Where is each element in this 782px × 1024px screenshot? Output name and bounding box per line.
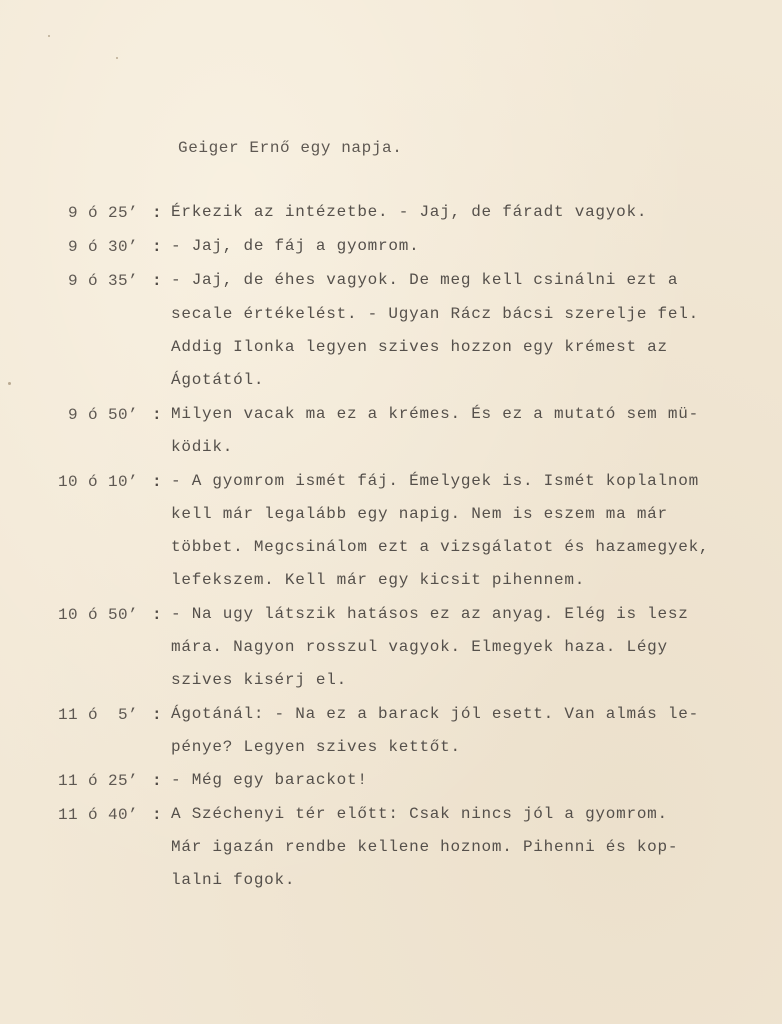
entry-text-line: - Még egy barackot! <box>171 771 368 789</box>
entry-text-line: szives kisérj el. <box>171 671 347 689</box>
paper-speck <box>116 57 118 59</box>
entry-text-line: ködik. <box>171 438 233 456</box>
entry-text-line: - Na ugy látszik hatásos ez az anyag. El… <box>171 605 689 623</box>
entry-text-line: Ágotánál: - Na ez a barack jól esett. Va… <box>171 705 699 723</box>
entry-time: 11 ó 5’ <box>0 706 138 724</box>
entry-text-line: Érkezik az intézetbe. - Jaj, de fáradt v… <box>171 203 647 221</box>
entry-text-line: lalni fogok. <box>171 871 295 889</box>
entry-time: 11 ó 40’ <box>0 806 138 824</box>
entry-separator: : <box>152 806 162 824</box>
entry-text-line: kell már legalább egy napig. Nem is esze… <box>171 505 668 523</box>
paper-speck <box>8 382 11 385</box>
entry-separator: : <box>152 473 162 491</box>
entry-time: 9 ó 25’ <box>0 204 138 222</box>
entry-text-line: többet. Megcsinálom ezt a vizsgálatot és… <box>171 538 709 556</box>
entry-separator: : <box>152 238 162 256</box>
entry-separator: : <box>152 272 162 290</box>
entry-separator: : <box>152 606 162 624</box>
entry-text-line: secale értékelést. - Ugyan Rácz bácsi sz… <box>171 305 699 323</box>
entry-text-line: Addig Ilonka legyen szives hozzon egy kr… <box>171 338 668 356</box>
entry-time: 10 ó 10’ <box>0 473 138 491</box>
entry-text-line: pénye? Legyen szives kettőt. <box>171 738 461 756</box>
entry-text-line: A Széchenyi tér előtt: Csak nincs jól a … <box>171 805 668 823</box>
entry-text-line: Milyen vacak ma ez a krémes. És ez a mut… <box>171 405 699 423</box>
entry-time: 9 ó 50’ <box>0 406 138 424</box>
entry-separator: : <box>152 772 162 790</box>
entry-separator: : <box>152 204 162 222</box>
entry-separator: : <box>152 706 162 724</box>
typewritten-page: Geiger Ernő egy napja. 9 ó 25’ : Érkezik… <box>0 0 782 1024</box>
entry-text-line: - Jaj, de fáj a gyomrom. <box>171 237 419 255</box>
paper-speck <box>48 35 50 37</box>
entry-time: 9 ó 35’ <box>0 272 138 290</box>
entry-separator: : <box>152 406 162 424</box>
entry-time: 9 ó 30’ <box>0 238 138 256</box>
document-title: Geiger Ernő egy napja. <box>178 139 402 157</box>
entry-text-line: Már igazán rendbe kellene hoznom. Pihenn… <box>171 838 678 856</box>
entry-time: 11 ó 25’ <box>0 772 138 790</box>
entry-text-line: Ágotától. <box>171 371 264 389</box>
entry-text-line: mára. Nagyon rosszul vagyok. Elmegyek ha… <box>171 638 668 656</box>
entry-time: 10 ó 50’ <box>0 606 138 624</box>
entry-text-line: - Jaj, de éhes vagyok. De meg kell csiná… <box>171 271 678 289</box>
entry-text-line: - A gyomrom ismét fáj. Émelygek is. Ismé… <box>171 472 699 490</box>
entry-text-line: lefekszem. Kell már egy kicsit pihennem. <box>171 571 585 589</box>
